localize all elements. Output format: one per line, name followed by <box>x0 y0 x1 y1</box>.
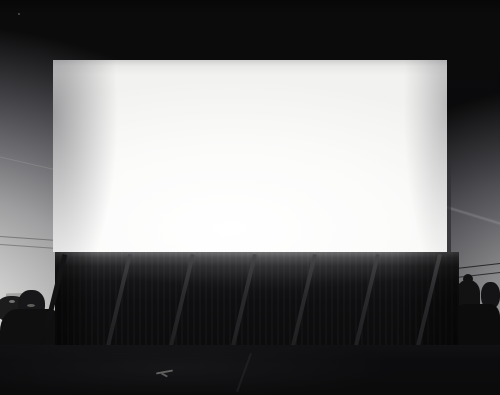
pavement-scratch <box>236 353 251 392</box>
star-speck <box>18 13 20 15</box>
support-strut <box>106 254 132 346</box>
support-strut <box>169 254 195 346</box>
pavement-mark <box>161 372 168 377</box>
drive-in-theater-photograph <box>0 0 500 395</box>
support-strut-row <box>0 252 500 347</box>
support-strut <box>231 254 257 346</box>
support-strut <box>40 254 67 346</box>
drive-in-screen <box>53 60 447 252</box>
screen-right-edge <box>447 148 451 252</box>
asphalt-lot <box>0 345 500 395</box>
support-strut <box>354 254 380 346</box>
support-strut <box>416 254 442 346</box>
support-strut <box>291 254 317 346</box>
